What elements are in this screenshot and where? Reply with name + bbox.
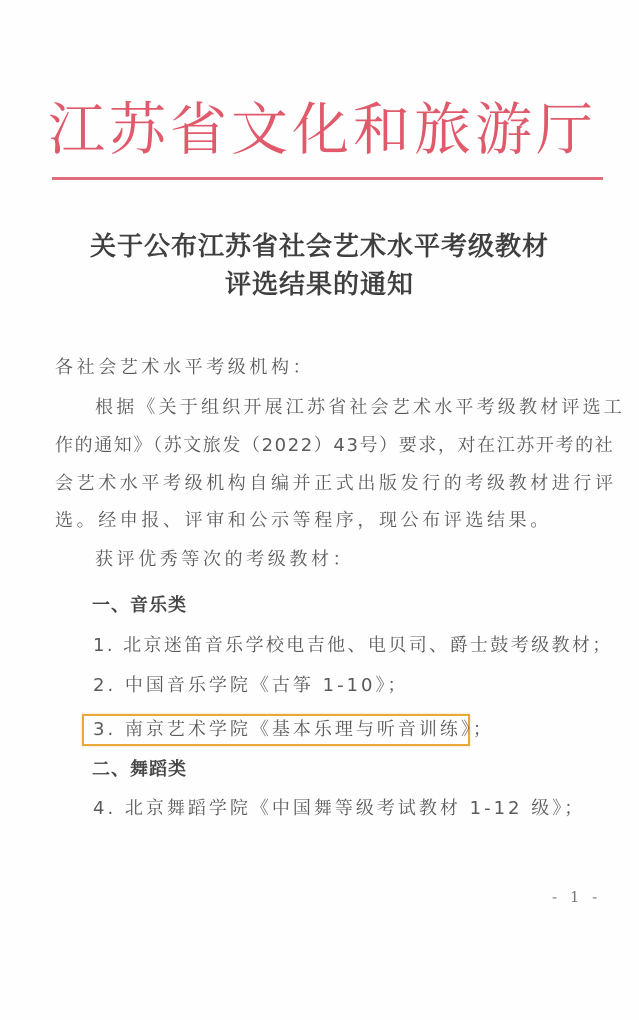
- page-number: - 1 -: [552, 888, 601, 906]
- paragraph-line-2: 作的通知》（苏文旅发（2022）43号）要求，对在江苏开考的社: [55, 434, 603, 458]
- letterhead-red-rule: [52, 177, 603, 180]
- paragraph-line-4: 选。经申报、评审和公示等程序，现公布评选结果。: [55, 509, 603, 533]
- document-title-line-2: 评选结果的通知: [0, 264, 639, 301]
- document-page: 江苏省文化和旅游厅 关于公布江苏省社会艺术水平考级教材 评选结果的通知 各社会艺…: [0, 0, 639, 1020]
- results-intro: 获评优秀等次的考级教材：: [95, 548, 639, 572]
- section-heading-dance: 二、舞蹈类: [92, 758, 187, 782]
- list-item-2: 2. 中国音乐学院《古筝 1-10》；: [93, 674, 639, 698]
- paragraph-line-3: 会艺术水平考级机构自编并正式出版发行的考级教材进行评: [55, 472, 603, 496]
- paragraph-line-1: 根据《关于组织开展江苏省社会艺术水平考级教材评选工: [95, 396, 639, 420]
- list-item-3-highlighted: 3. 南京艺术学院《基本乐理与听音训练》；: [93, 718, 639, 742]
- letterhead-org-name: 江苏省文化和旅游厅: [0, 94, 639, 166]
- document-title-line-1: 关于公布江苏省社会艺术水平考级教材: [0, 226, 639, 263]
- salutation: 各社会艺术水平考级机构：: [55, 356, 603, 380]
- section-heading-music: 一、音乐类: [92, 594, 187, 618]
- list-item-1: 1. 北京迷笛音乐学校电吉他、电贝司、爵士鼓考级教材；: [93, 634, 639, 658]
- list-item-4: 4. 北京舞蹈学院《中国舞等级考试教材 1-12 级》；: [93, 797, 639, 821]
